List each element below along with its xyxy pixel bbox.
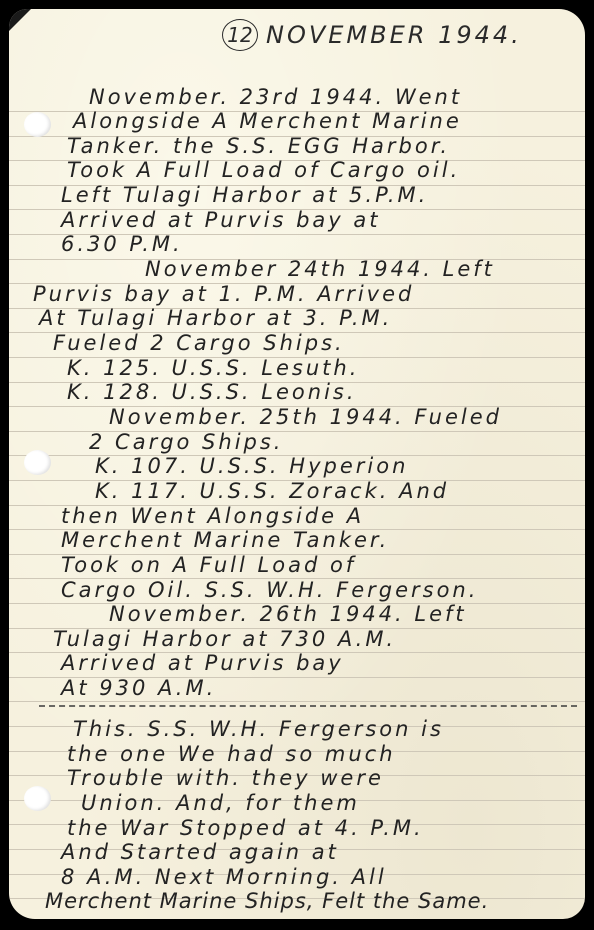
note-line-5: the War Stopped at 4. P.M. — [67, 816, 424, 840]
entry-nov25-line-8: Cargo Oil. S.S. W.H. Fergerson. — [61, 578, 478, 602]
entry-nov24-line-3: At Tulagi Harbor at 3. P.M. — [39, 306, 392, 330]
text-line: November. 23rd 1944. Went — [89, 85, 462, 109]
punch-hole-icon — [24, 112, 51, 137]
entry-nov25-line-3: K. 107. U.S.S. Hyperion — [95, 454, 408, 478]
note-line-7: 8 A.M. Next Morning. All — [61, 865, 387, 889]
notebook-page: 12 NOVEMBER 1944. November. 23rd 1944. W… — [9, 9, 585, 919]
entry-nov24-line-5: K. 125. U.S.S. Lesuth. — [67, 356, 359, 380]
entry-nov24-line-6: K. 128. U.S.S. Leonis. — [67, 380, 357, 404]
entry-nov26-line-2: Tulagi Harbor at 730 A.M. — [53, 627, 396, 651]
entry-nov24-line-4: Fueled 2 Cargo Ships. — [53, 331, 345, 355]
entry-nov26-line-3: Arrived at Purvis bay — [61, 651, 344, 675]
rule-line — [9, 701, 585, 702]
entry-nov23-line-4: Took A Full Load of Cargo oil. — [67, 158, 460, 182]
punch-hole-icon — [24, 450, 51, 475]
entry-nov25-line-4: K. 117. U.S.S. Zorack. And — [95, 479, 449, 503]
entry-nov24-line-2: Purvis bay at 1. P.M. Arrived — [33, 282, 414, 306]
note-line-2: the one We had so much — [67, 742, 396, 766]
page-header: 12 NOVEMBER 1944. — [222, 19, 522, 51]
page-number-circle: 12 — [222, 19, 258, 51]
entry-nov25-line-5: then Went Alongside A — [61, 504, 364, 528]
note-line-1: This. S.S. W.H. Fergerson is — [73, 717, 444, 741]
entry-nov23-line-2: Alongside A Merchent Marine — [73, 109, 462, 133]
dashed-divider — [39, 705, 577, 707]
entry-nov23-line-6: Arrived at Purvis bay at — [61, 208, 381, 232]
entry-nov23-line-1: November. 23rd 1944. Went — [89, 85, 462, 109]
entry-nov23-line-7: 6.30 P.M. — [61, 232, 183, 256]
note-line-8: Merchent Marine Ships, Felt the Same. — [45, 889, 489, 913]
entry-nov26-line-1: November. 26th 1944. Left — [109, 602, 467, 626]
entry-nov25-line-1: November. 25th 1944. Fueled — [109, 405, 502, 429]
entry-nov25-line-7: Took on A Full Load of — [61, 553, 356, 577]
note-line-6: And Started again at — [61, 840, 339, 864]
note-line-4: Union. And, for them — [81, 791, 360, 815]
punch-hole-icon — [24, 786, 51, 811]
entry-nov26-line-4: At 930 A.M. — [61, 676, 216, 700]
entry-nov23-line-3: Tanker. the S.S. EGG Harbor. — [67, 134, 450, 158]
entry-nov25-line-2: 2 Cargo Ships. — [89, 430, 283, 454]
entry-nov25-line-6: Merchent Marine Tanker. — [61, 528, 389, 552]
page-title: NOVEMBER 1944. — [266, 21, 522, 49]
note-line-3: Trouble with. they were — [67, 766, 384, 790]
entry-nov23-line-5: Left Tulagi Harbor at 5.P.M. — [61, 183, 428, 207]
entry-nov24-line-1: November 24th 1944. Left — [145, 257, 495, 281]
